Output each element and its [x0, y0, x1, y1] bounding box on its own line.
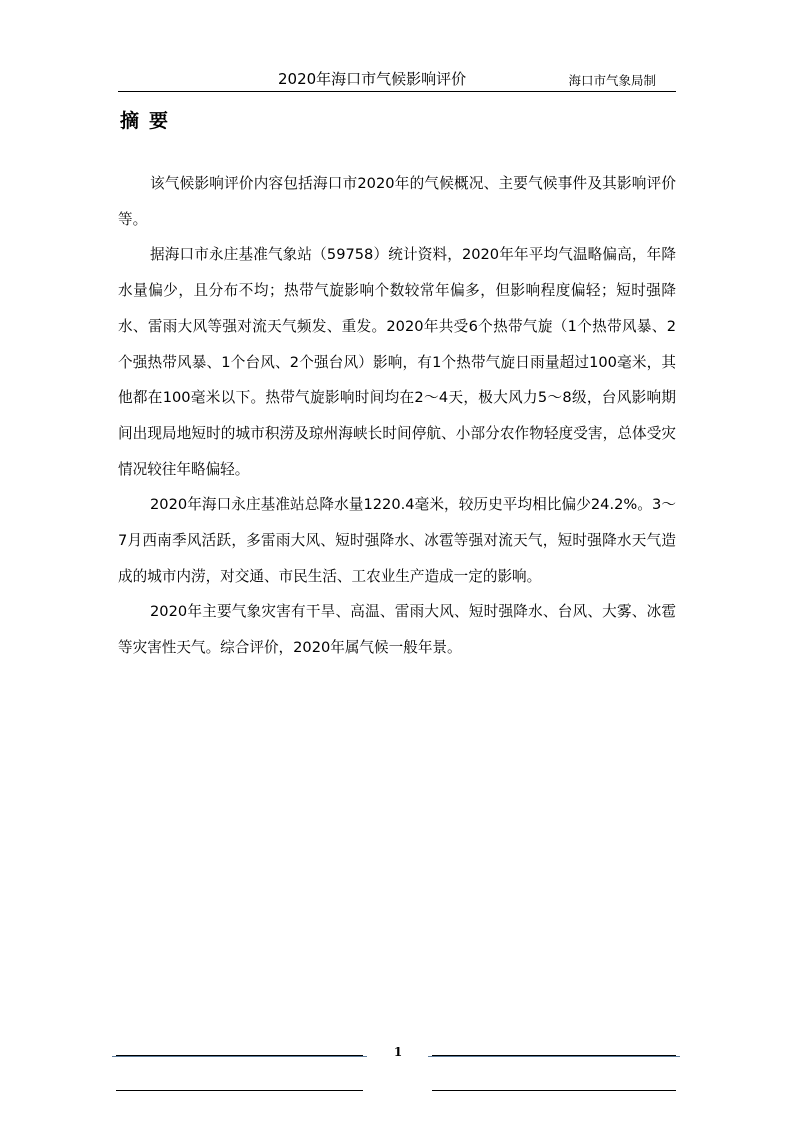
paragraph-disasters-summary: 2020年主要气象灾害有干旱、高温、雷雨大风、短时强降水、台风、大雾、冰雹等灾害…: [118, 594, 676, 665]
document-title: 2020年海口市气候影响评价: [278, 68, 466, 89]
page-number: 1: [391, 1045, 405, 1059]
footer-rule-top-left: [116, 1055, 363, 1056]
footer-rule-top-right: [432, 1055, 676, 1056]
paragraph-climate-overview: 据海口市永庄基准气象站（59758）统计资料，2020年年平均气温略偏高，年降水…: [118, 237, 676, 487]
paragraph-intro: 该气候影响评价内容包括海口市2020年的气候概况、主要气候事件及其影响评价等。: [118, 166, 676, 237]
footer-rule-bottom-left: [116, 1090, 363, 1091]
page-header: 2020年海口市气候影响评价 海口市气象局制: [118, 62, 676, 92]
abstract-body: 该气候影响评价内容包括海口市2020年的气候概况、主要气候事件及其影响评价等。 …: [118, 166, 676, 666]
footer-rule-bottom-right: [432, 1090, 676, 1091]
issuing-organization: 海口市气象局制: [568, 71, 656, 89]
page-footer: 1: [0, 1040, 794, 1100]
section-title-abstract: 摘要: [120, 106, 178, 133]
paragraph-precipitation: 2020年海口永庄基准站总降水量1220.4毫米，较历史平均相比偏少24.2%。…: [118, 487, 676, 594]
